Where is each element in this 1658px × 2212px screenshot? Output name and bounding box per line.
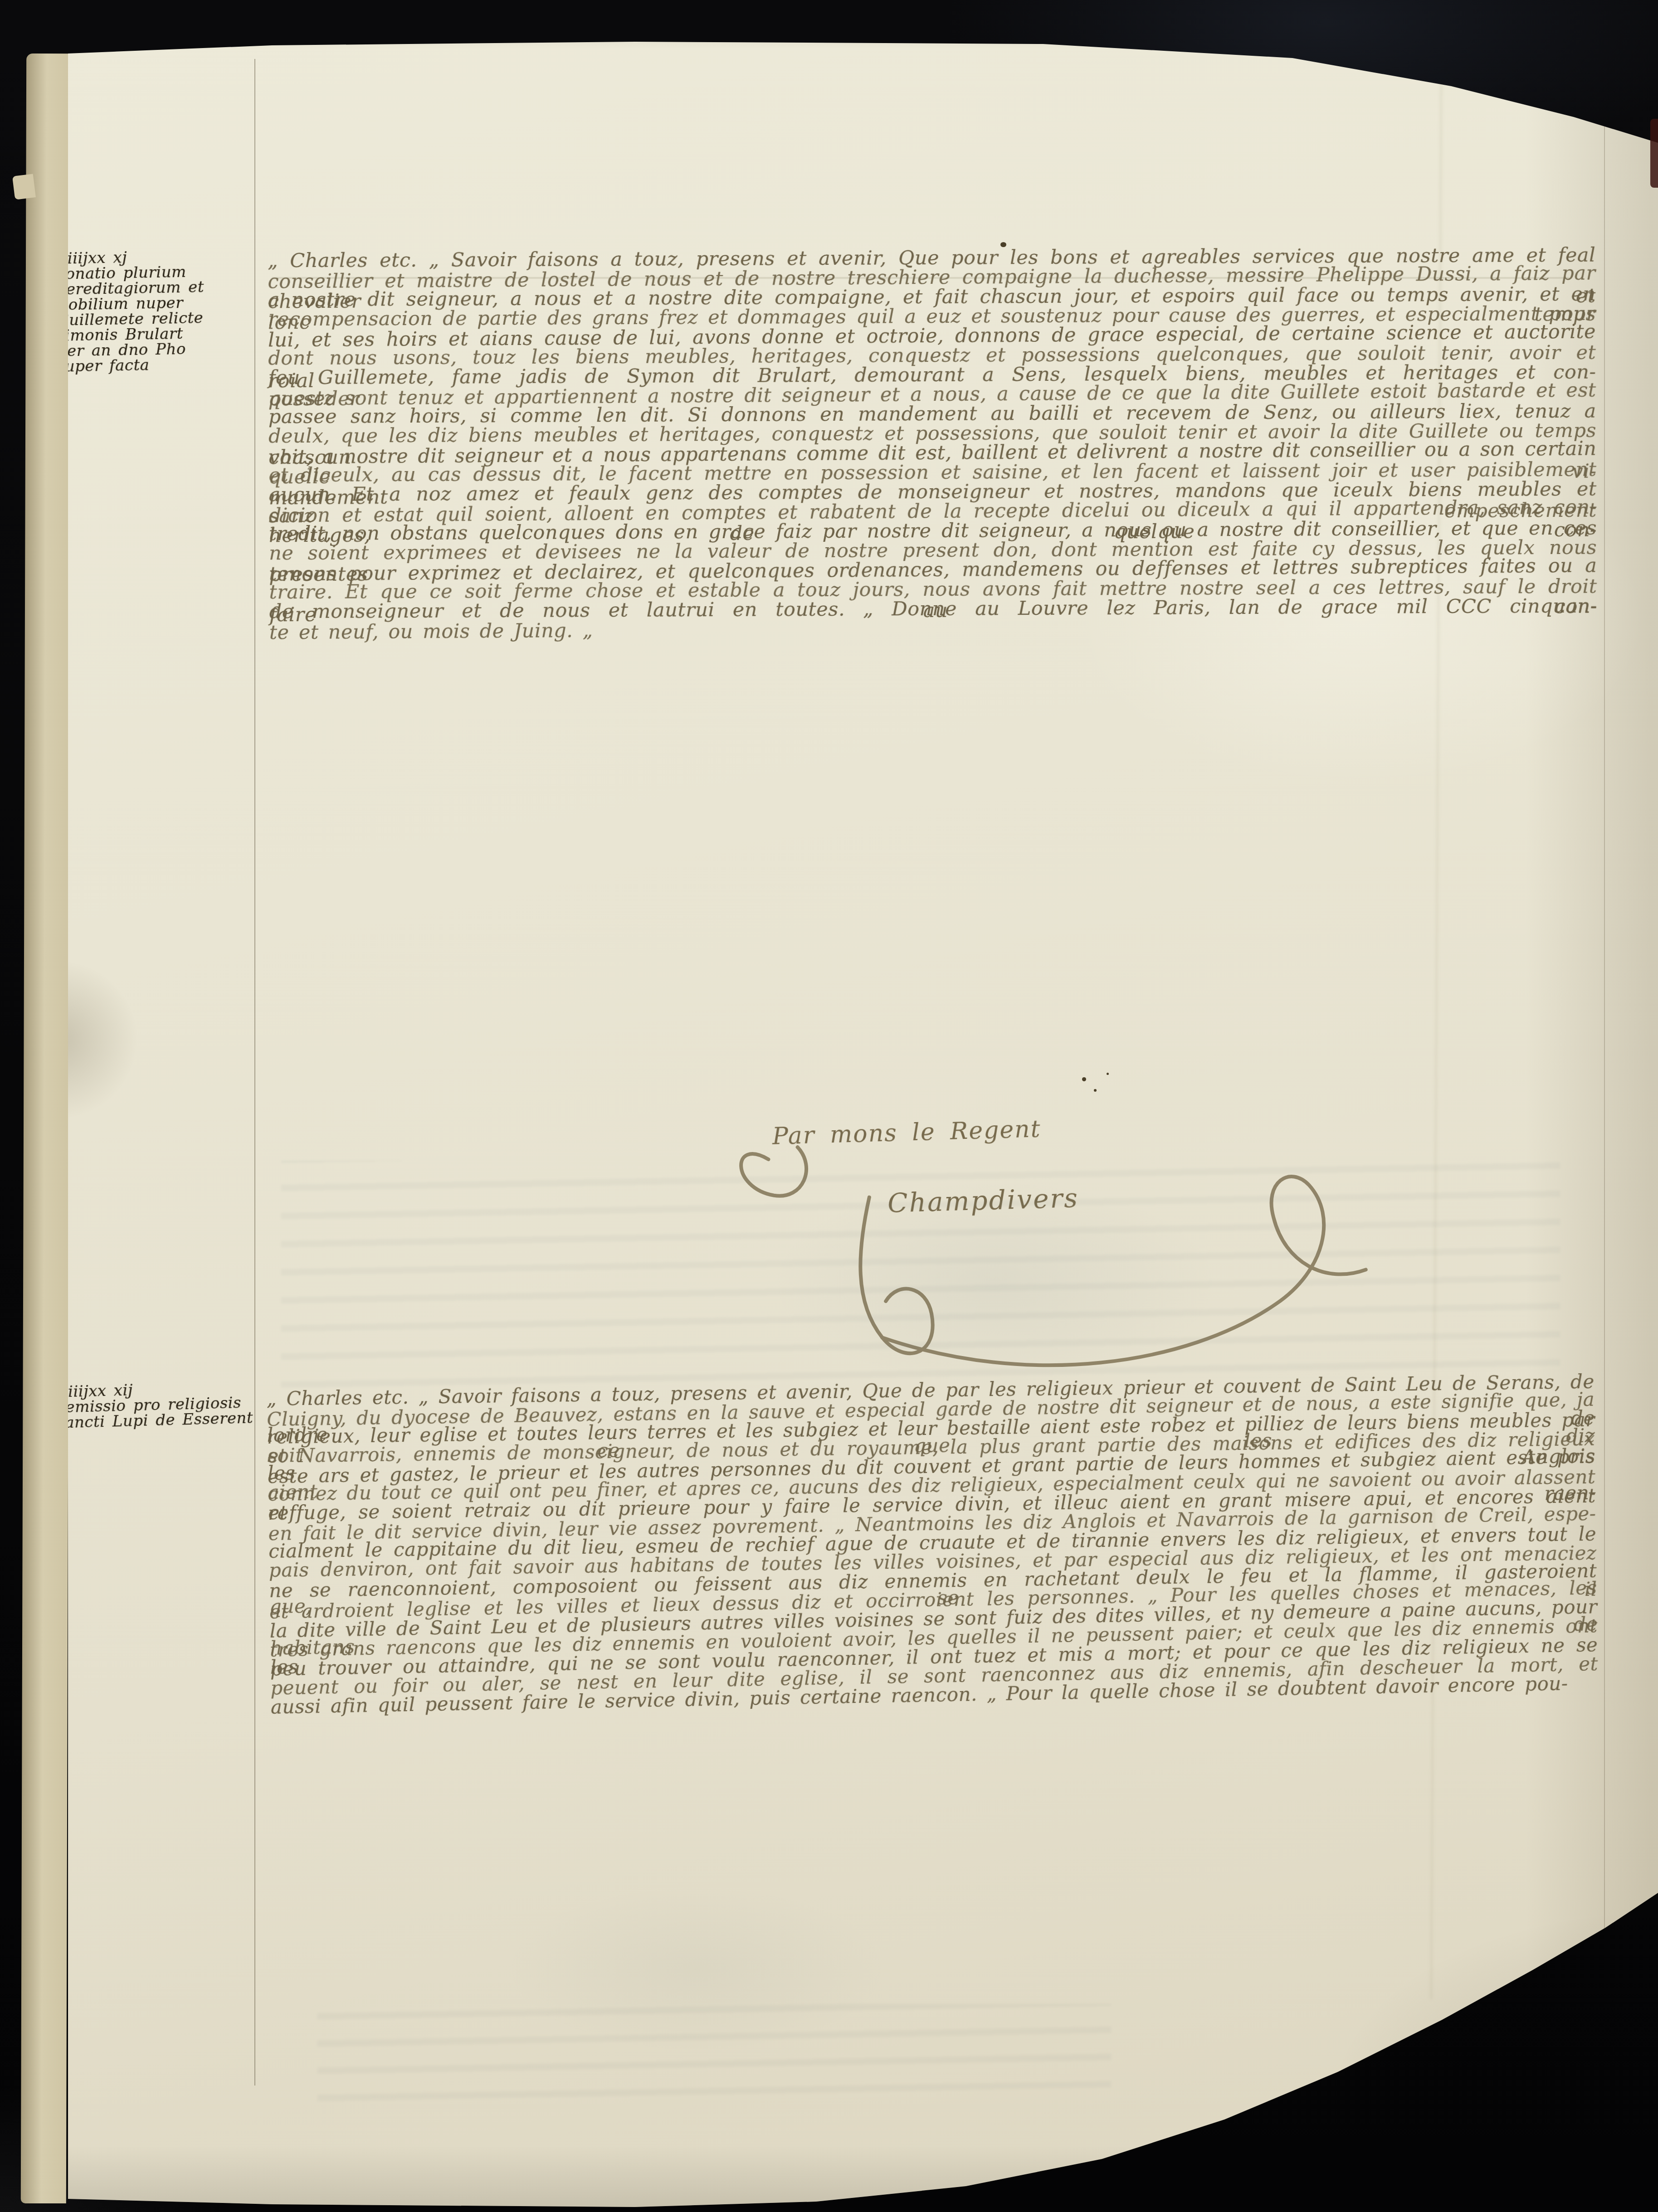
manuscript-page: Ciiijxx xjDonatio pluriumhereditagiorum … <box>0 0 1658 2212</box>
ink-speck <box>1094 1089 1097 1092</box>
photograph-backdrop: Ciiijxx xjDonatio pluriumhereditagiorum … <box>0 0 1658 2212</box>
charter-entry-2-text: „ Charles etc. „ Savoir faisons a touz, … <box>266 1364 1598 1705</box>
binding-edge <box>1650 119 1658 188</box>
margin-note-entry-2: Ciiijxx xijRemissio pro religiosissancti… <box>53 1373 258 1424</box>
folio-edge-strip <box>21 53 72 2203</box>
signature-name: Champdivers <box>887 1182 1079 1219</box>
chancery-signature: Par mons le Regent Champdivers <box>703 1088 1392 1406</box>
show-through-smudge <box>317 2004 1111 2108</box>
charter-entry-1-text: „ Charles etc. „ Savoir faisons a touz, … <box>268 235 1597 631</box>
ink-speck <box>1000 242 1006 247</box>
margin-note-entry-1: Ciiijxx xjDonatio pluriumhereditagiorum … <box>53 241 259 368</box>
ink-speck <box>1107 1073 1109 1075</box>
ink-speck <box>1082 1077 1086 1081</box>
parchment-tab <box>12 174 36 199</box>
margin-rule-right <box>1604 73 1605 2058</box>
